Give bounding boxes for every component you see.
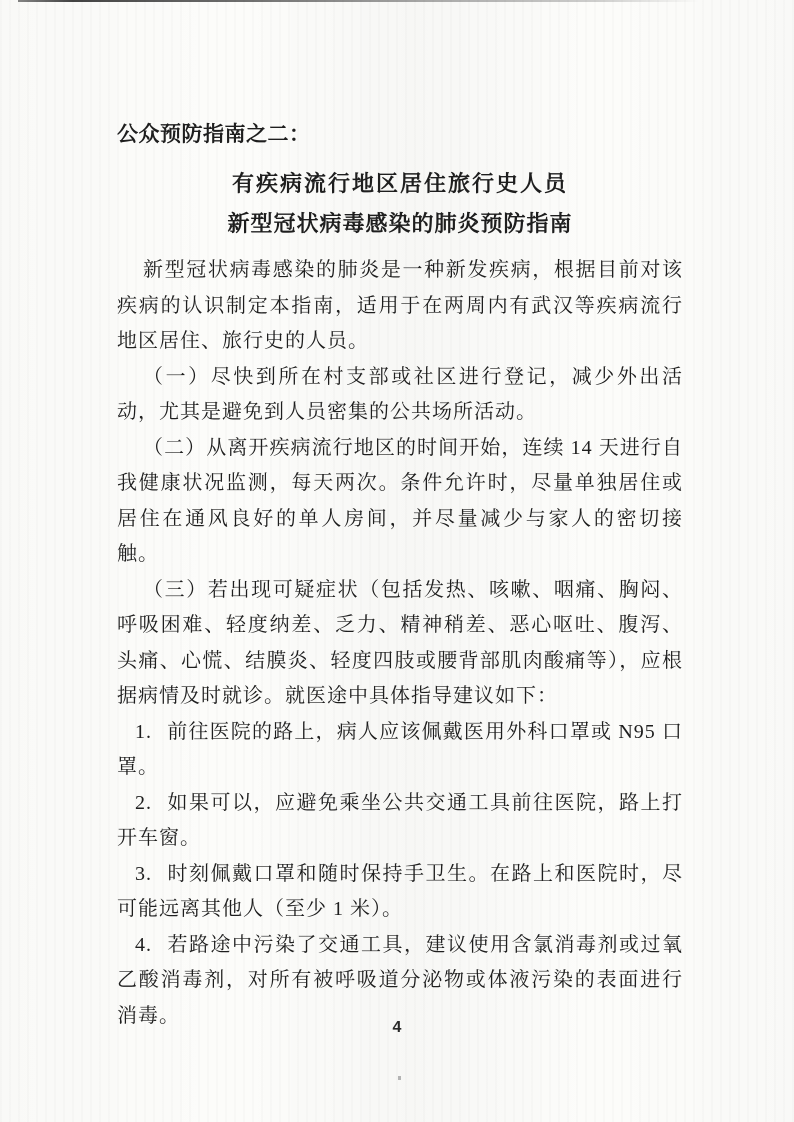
paragraph: （三）若出现可疑症状（包括发热、咳嗽、咽痛、胸闷、呼吸困难、轻度纳差、乏力、精神…	[117, 573, 683, 715]
page-number: 4	[0, 1019, 794, 1037]
list-item: 1.前往医院的路上，病人应该佩戴医用外科口罩或 N95 口罩。	[117, 715, 683, 786]
list-item-number: 4.	[135, 934, 152, 956]
paragraph: （二）从离开疾病流行地区的时间开始，连续 14 天进行自我健康状况监测，每天两次…	[117, 431, 683, 573]
scan-speck-artifact	[398, 1076, 401, 1080]
list-item-number: 2.	[135, 792, 152, 814]
paragraph: 新型冠状病毒感染的肺炎是一种新发疾病，根据目前对该疾病的认识制定本指南，适用于在…	[117, 253, 683, 360]
list-item: 2.如果可以，应避免乘坐公共交通工具前往医院，路上打开车窗。	[117, 786, 683, 857]
list-item-number: 1.	[135, 721, 152, 743]
scanned-document-page: 公众预防指南之二： 有疾病流行地区居住旅行史人员 新型冠状病毒感染的肺炎预防指南…	[0, 0, 794, 1122]
list-item: 3.时刻佩戴口罩和随时保持手卫生。在路上和医院时，尽可能远离其他人（至少 1 米…	[117, 857, 683, 928]
document-paragraphs: 新型冠状病毒感染的肺炎是一种新发疾病，根据目前对该疾病的认识制定本指南，适用于在…	[117, 253, 683, 1034]
scan-edge-artifact	[18, 0, 700, 2]
document-title-line1: 有疾病流行地区居住旅行史人员	[117, 172, 683, 196]
list-item-number: 3.	[135, 863, 152, 885]
document-section-header: 公众预防指南之二：	[117, 122, 683, 146]
paragraph: （一）尽快到所在村支部或社区进行登记，减少外出活动，尤其是避免到人员密集的公共场…	[117, 360, 683, 431]
document-title-line2: 新型冠状病毒感染的肺炎预防指南	[117, 212, 683, 236]
